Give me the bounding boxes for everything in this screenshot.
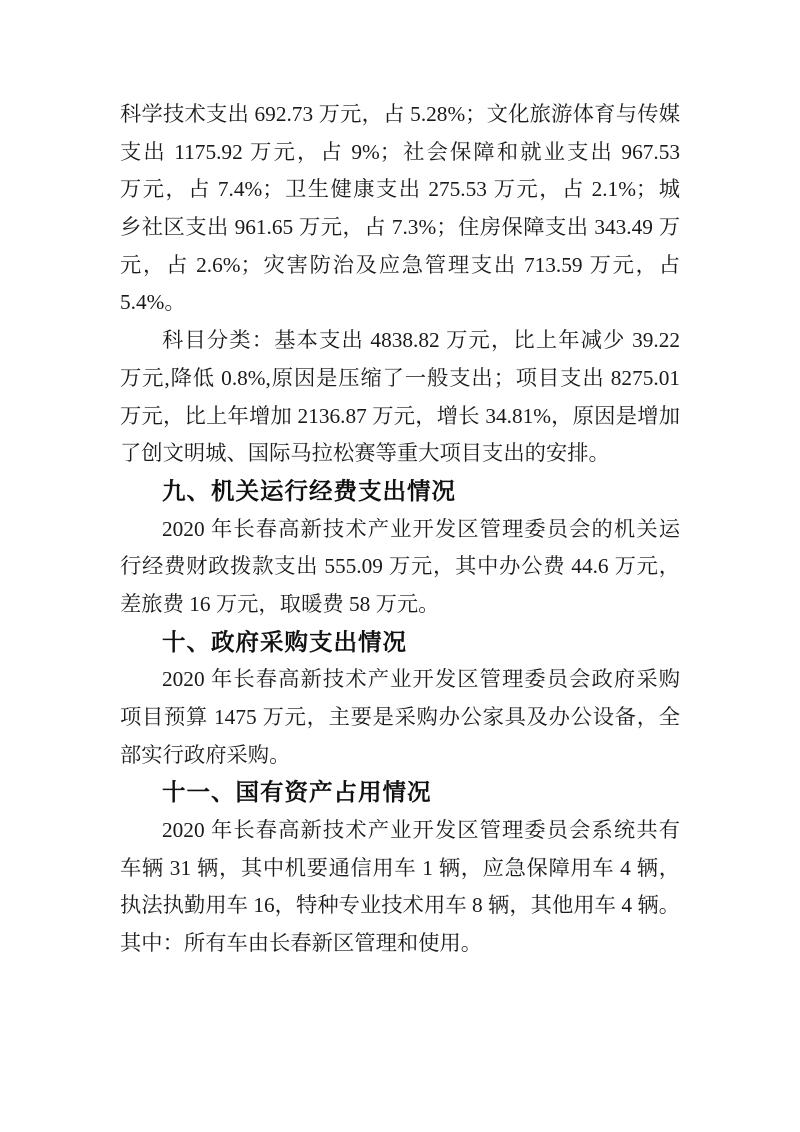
doc-line: 车辆 31 辆，其中机要通信用车 1 辆，应急保障用车 4 辆，: [120, 850, 680, 888]
doc-line: 2020 年长春高新技术产业开发区管理委员会的机关运: [120, 511, 680, 549]
doc-line: 执法执勤用车 16，特种专业技术用车 8 辆，其他用车 4 辆。: [120, 887, 680, 925]
doc-line: 项目预算 1475 万元，主要是采购办公家具及办公设备，全: [120, 699, 680, 737]
doc-line: 万元，占 7.4%；卫生健康支出 275.53 万元，占 2.1%；城: [120, 171, 680, 209]
doc-line: 行经费财政拨款支出 555.09 万元，其中办公费 44.6 万元，: [120, 548, 680, 586]
doc-line: 了创文明城、国际马拉松赛等重大项目支出的安排。: [120, 435, 680, 473]
doc-line: 2020 年长春高新技术产业开发区管理委员会政府采购: [120, 661, 680, 699]
doc-line: 5.4%。: [120, 284, 680, 322]
section-heading-government-procurement: 十、政府采购支出情况: [120, 624, 680, 662]
section-heading-operating-expenses: 九、机关运行经费支出情况: [120, 473, 680, 511]
document-body: 科学技术支出 692.73 万元，占 5.28%；文化旅游体育与传媒 支出 11…: [120, 96, 680, 963]
doc-line: 万元，比上年增加 2136.87 万元，增长 34.81%，原因是增加: [120, 398, 680, 436]
doc-line: 部实行政府采购。: [120, 737, 680, 775]
section-heading-state-owned-assets: 十一、国有资产占用情况: [120, 774, 680, 812]
doc-line: 万元,降低 0.8%,原因是压缩了一般支出；项目支出 8275.01: [120, 360, 680, 398]
doc-line: 支出 1175.92 万元，占 9%；社会保障和就业支出 967.53: [120, 134, 680, 172]
doc-line: 差旅费 16 万元，取暖费 58 万元。: [120, 586, 680, 624]
doc-line: 科学技术支出 692.73 万元，占 5.28%；文化旅游体育与传媒: [120, 96, 680, 134]
doc-line: 2020 年长春高新技术产业开发区管理委员会系统共有: [120, 812, 680, 850]
doc-line: 元，占 2.6%；灾害防治及应急管理支出 713.59 万元，占: [120, 247, 680, 285]
document-page: 科学技术支出 692.73 万元，占 5.28%；文化旅游体育与传媒 支出 11…: [0, 0, 800, 1132]
doc-line: 其中：所有车由长春新区管理和使用。: [120, 925, 680, 963]
doc-line: 乡社区支出 961.65 万元，占 7.3%；住房保障支出 343.49 万: [120, 209, 680, 247]
doc-line: 科目分类：基本支出 4838.82 万元，比上年减少 39.22: [120, 322, 680, 360]
